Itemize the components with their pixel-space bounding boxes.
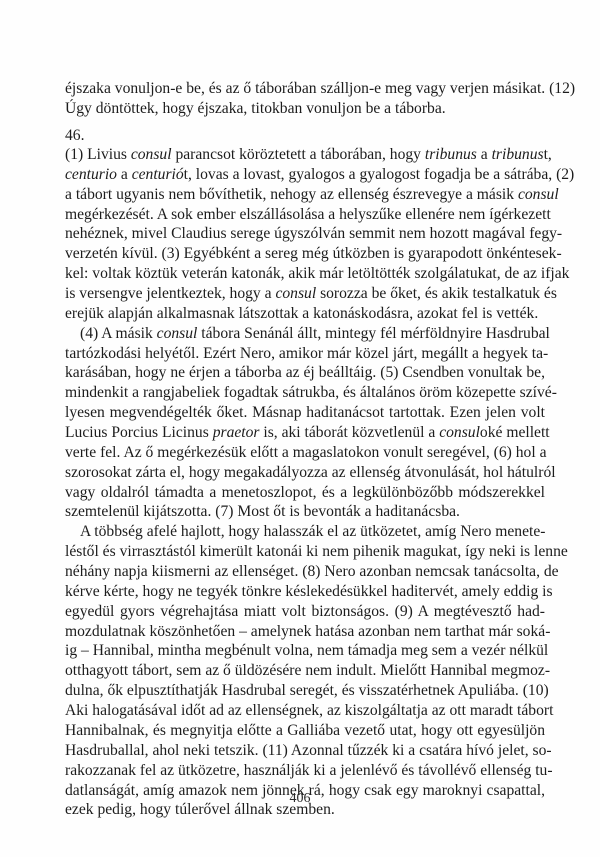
italic-term: centurio [65,166,117,183]
text-line: tartózkodási helyétől. Ezért Nero, amiko… [65,344,545,364]
text-line: Hasdruballal, ahol neki tetszik. (11) Az… [65,741,545,761]
italic-term: consul [518,186,559,203]
text-line: A többség afelé hajlott, hogy halasszák … [65,522,545,542]
text-line: erejük alapján alkalmasnak látszottak a … [65,304,545,324]
text-line: (1) Livius consul parancsot köröztetett … [65,145,545,165]
text-line: verzetén kívül. (3) Egyébként a sereg mé… [65,244,545,264]
chapter-number: 46. [65,126,85,146]
page-number: 406 [0,791,600,807]
italic-term: consul [131,146,172,163]
text-line: néhány napja kiismerni az ellenséget. (8… [65,562,545,582]
text-line: rakozzanak fel az ütközetre, használják … [65,761,545,781]
text-line: Hannibalnak, és megnyitja előtte a Galli… [65,721,545,741]
text-line: centurio a centuriót, lovas a lovast, gy… [65,165,545,185]
text-line: mindenkit a rangjabeliek fogadtak sátruk… [65,383,545,403]
text-line: karásában, hogy ne érjen a táborba az éj… [65,363,545,383]
text-line: kérve kérte, hogy ne tegyék tönkre késle… [65,582,545,602]
text-line: Aki halogatásával időt ad az ellenségnek… [65,701,545,721]
text-line: Lucius Porcius Licinus praetor is, aki t… [65,423,545,443]
text-line: ig – Hannibal, mintha megbénult volna, n… [65,641,545,661]
text-line: léstől és virrasztástól kimerült katonái… [65,542,545,562]
italic-term: consul [275,285,316,302]
book-page: éjszaka vonuljon-e be, és az ő táborában… [0,0,600,857]
text-line: a tábort ugyanis nem bővíthetik, nehogy … [65,185,545,205]
text-line: is versengve jelentkeztek, hogy a consul… [65,284,545,304]
text-line: szemtelenül kijátszotta. (7) Most őt is … [65,502,545,522]
text-line: éjszaka vonuljon-e be, és az ő táborában… [65,79,545,99]
text-line: szorosokat zárta el, hogy megakadályozza… [65,463,545,483]
text-line: kel: voltak köztük veterán katonák, akik… [65,264,545,284]
text-line: verte fel. Az ő megérkezésük előtt a mag… [65,443,545,463]
text-line: nehéznek, mivel Claudius serege úgyszólv… [65,224,545,244]
previous-chapter-ending: éjszaka vonuljon-e be, és az ő táborában… [65,79,545,119]
text-line: Úgy döntöttek, hogy éjszaka, titokban vo… [65,99,545,119]
text-line: (4) A másik consul tábora Senánál állt, … [65,324,545,344]
italic-term: tribunus [492,146,544,163]
text-line: lyesen megvendégelték őket. Másnap hadit… [65,403,545,423]
chapter-body: (1) Livius consul parancsot köröztetett … [65,145,545,820]
italic-term: consul [439,424,480,441]
italic-term: praetor [213,424,260,441]
text-line: otthagyott tábort, sem az ő üldözésére n… [65,661,545,681]
text-line: dulna, ők elpusztíthatják Hasdrubal sere… [65,681,545,701]
italic-term: consul [157,325,198,342]
italic-term: tribunus [425,146,477,163]
italic-term: centurió [132,166,184,183]
text-line: mozdulatnak köszönhetően – amelynek hatá… [65,622,545,642]
text-line: megérkezését. A sok ember elszállásolása… [65,205,545,225]
text-line: vagy oldalról támadta a menetoszlopot, é… [65,483,545,503]
text-line: egyedül gyors végrehajtása miatt volt bi… [65,602,545,622]
